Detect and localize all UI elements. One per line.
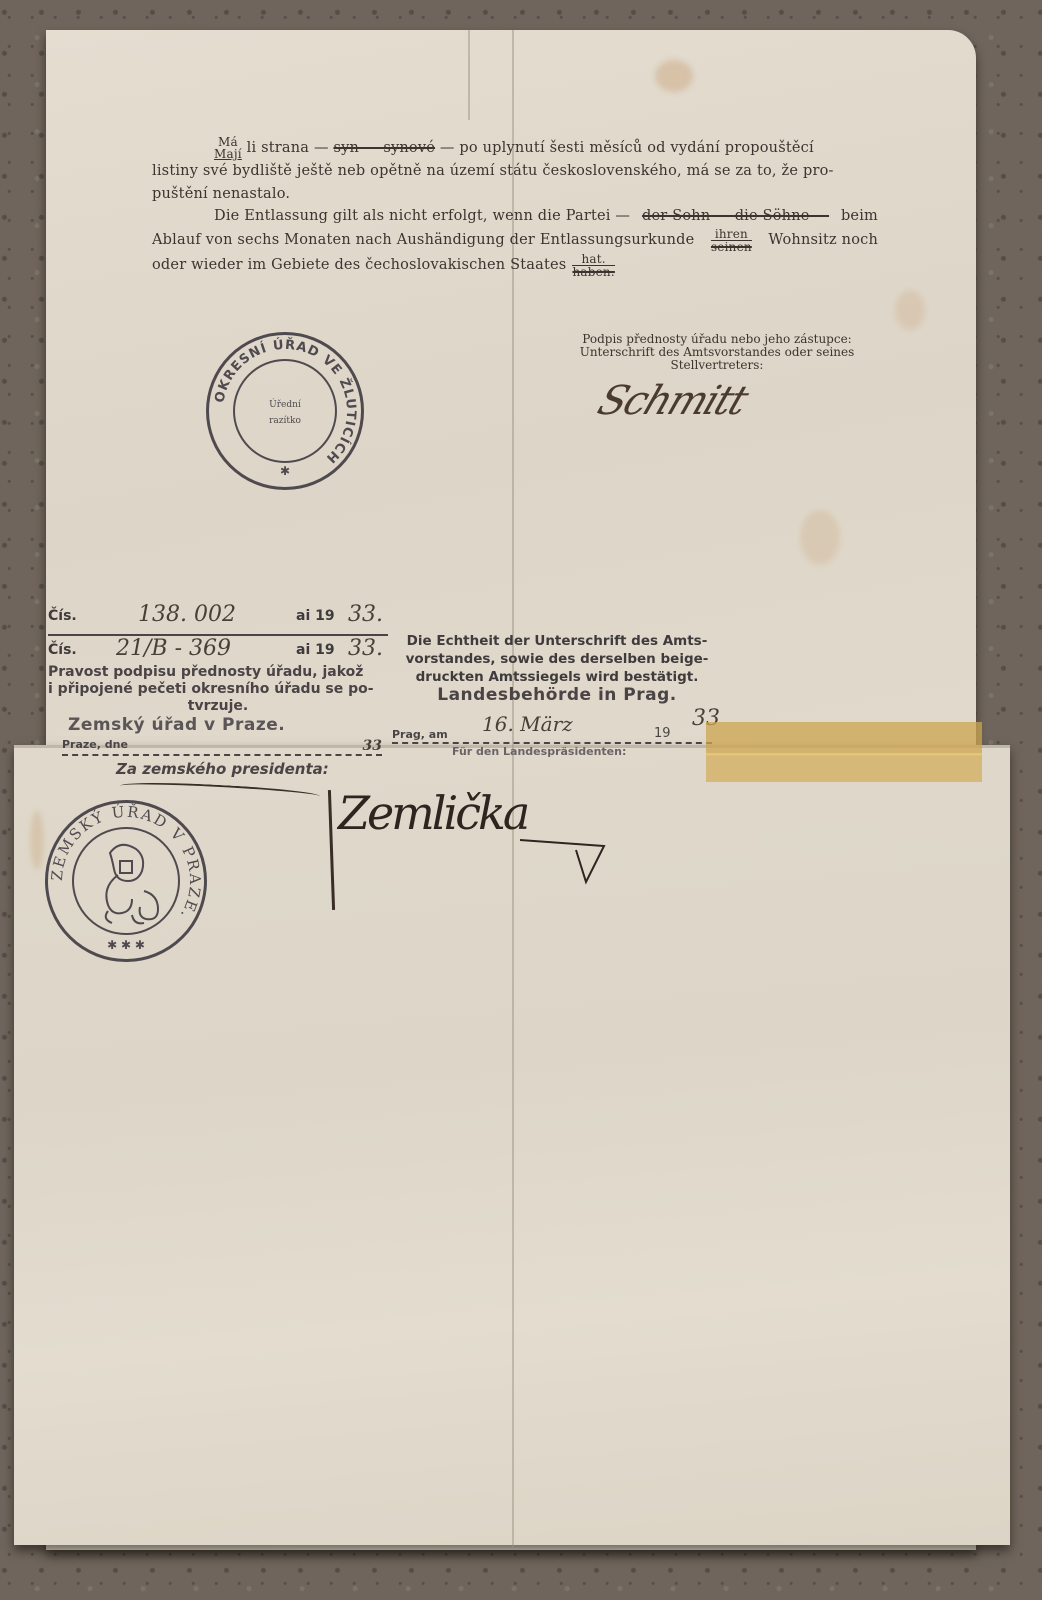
prefix-correction: MáMají xyxy=(214,136,242,160)
czech-place-date: Praze, dne 33 xyxy=(62,738,382,756)
stamp-ring-text: ZEMSKÝ ÚŘAD V PRAZE. ✱ ✱ ✱ xyxy=(48,803,204,959)
lion-emblem-icon xyxy=(106,845,158,924)
land-office-stamp: ZEMSKÝ ÚŘAD V PRAZE. ✱ ✱ ✱ xyxy=(45,800,207,962)
czech-for-president: Za zemského presidenta: xyxy=(116,760,329,778)
certification-czech: Čís. 138. 002 ai 19 33. Čís. 21/B - 369 … xyxy=(48,608,388,735)
official-signature: Schmitt xyxy=(592,378,753,424)
reference-number-1: 138. 002 xyxy=(138,602,236,627)
svg-text:Úřední: Úřední xyxy=(269,398,301,410)
president-signature: Zemlička xyxy=(338,786,527,840)
german-place-date: Prag, am 16. März 19 33 xyxy=(392,728,712,744)
svg-text:✱: ✱ xyxy=(280,464,290,478)
stain xyxy=(655,60,693,92)
stamp-ring-text: OKRESNÍ ÚŘAD VE ŽLUTICÍCH Úřední razítko… xyxy=(209,335,361,487)
svg-text:razítko: razítko xyxy=(269,415,301,426)
stain xyxy=(30,810,44,870)
adhesive-tape xyxy=(706,722,982,782)
german-authority-stamp: Landesbehörde in Prag. xyxy=(392,686,722,704)
district-office-stamp: OKRESNÍ ÚŘAD VE ŽLUTICÍCH Úřední razítko… xyxy=(206,332,364,490)
tear-line xyxy=(468,30,470,120)
czech-authority-stamp: Zemský úřad v Praze. xyxy=(68,715,388,735)
handwritten-date: 16. März xyxy=(482,712,573,736)
signature-tail xyxy=(520,820,610,890)
czech-paragraph: MáMají li strana — syn — synové — po upl… xyxy=(152,136,878,206)
reference-number-2: 21/B - 369 xyxy=(116,636,231,661)
svg-text:✱ ✱ ✱: ✱ ✱ ✱ xyxy=(107,938,145,952)
stain xyxy=(895,290,925,330)
certification-german: Die Echtheit der Unterschrift des Amts- … xyxy=(392,632,722,704)
signature-caption: Podpis přednosty úřadu nebo jeho zástupc… xyxy=(568,333,866,372)
german-for-president: Für den Landespräsidenten: xyxy=(452,745,626,758)
stain xyxy=(800,510,840,565)
svg-text:ZEMSKÝ ÚŘAD V PRAZE.: ZEMSKÝ ÚŘAD V PRAZE. xyxy=(48,803,204,924)
german-paragraph: Die Entlassung gilt als nicht erfolgt, w… xyxy=(152,205,878,278)
